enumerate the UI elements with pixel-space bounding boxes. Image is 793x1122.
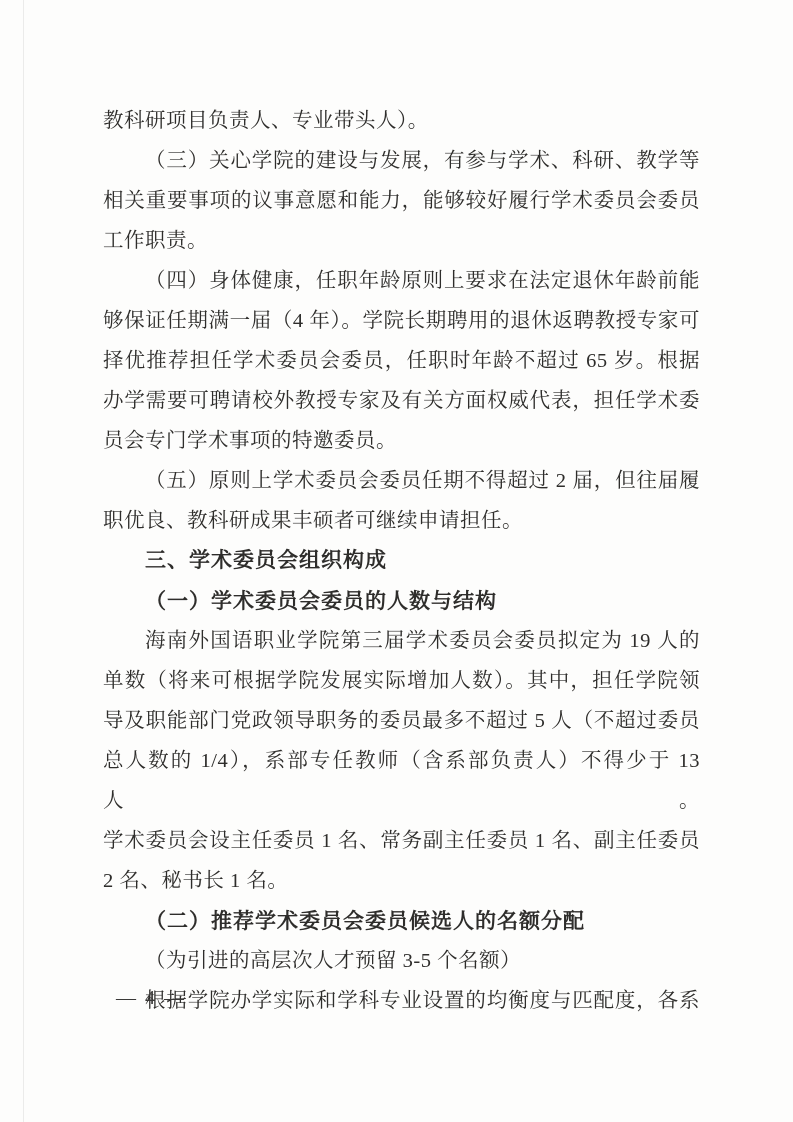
text-line: （三）关心学院的建设与发展，有参与学术、科研、教学等 — [103, 141, 700, 181]
text-line: 导及职能部门党政领导职务的委员最多不超过 5 人（不超过委员 — [103, 701, 700, 741]
document-body: 教科研项目负责人、专业带头人）。 （三）关心学院的建设与发展，有参与学术、科研、… — [103, 101, 700, 1021]
text-line: 学术委员会设主任委员 1 名、常务副主任委员 1 名、副主任委员 — [103, 821, 700, 861]
text-line: （四）身体健康，任职年龄原则上要求在法定退休年龄前能 — [103, 261, 700, 301]
subsection-heading: （一）学术委员会委员的人数与结构 — [103, 581, 700, 621]
text-line: 相关重要事项的议事意愿和能力，能够较好履行学术委员会委员 — [103, 181, 700, 221]
text-line: 2 名、秘书长 1 名。 — [103, 861, 700, 901]
text-line: 总人数的 1/4），系部专任教师（含系部负责人）不得少于 13 人。 — [103, 741, 700, 821]
text-line: 择优推荐担任学术委员会委员，任职时年龄不超过 65 岁。根据 — [103, 341, 700, 381]
subsection-heading: （二）推荐学术委员会委员候选人的名额分配 — [103, 901, 700, 941]
text-line: 职优良、教科研成果丰硕者可继续申请担任。 — [103, 501, 700, 541]
page-number: — 4 — — [116, 985, 186, 1011]
scan-edge-artifact — [23, 0, 24, 1122]
text-line: 工作职责。 — [103, 221, 700, 261]
scanned-document-page: 教科研项目负责人、专业带头人）。 （三）关心学院的建设与发展，有参与学术、科研、… — [0, 0, 793, 1122]
text-line: （为引进的高层次人才预留 3-5 个名额） — [103, 941, 700, 981]
text-line: 办学需要可聘请校外教授专家及有关方面权威代表，担任学术委 — [103, 381, 700, 421]
text-line: 根据学院办学实际和学科专业设置的均衡度与匹配度，各系 — [103, 981, 700, 1021]
text-line: （五）原则上学术委员会委员任期不得超过 2 届，但往届履 — [103, 461, 700, 501]
text-line: 单数（将来可根据学院发展实际增加人数）。其中，担任学院领 — [103, 661, 700, 701]
text-line: 员会专门学术事项的特邀委员。 — [103, 421, 700, 461]
text-line: 海南外国语职业学院第三届学术委员会委员拟定为 19 人的 — [103, 621, 700, 661]
section-heading: 三、学术委员会组织构成 — [103, 541, 700, 581]
text-line: 教科研项目负责人、专业带头人）。 — [103, 101, 700, 141]
text-line: 够保证任期满一届（4 年）。学院长期聘用的退休返聘教授专家可 — [103, 301, 700, 341]
